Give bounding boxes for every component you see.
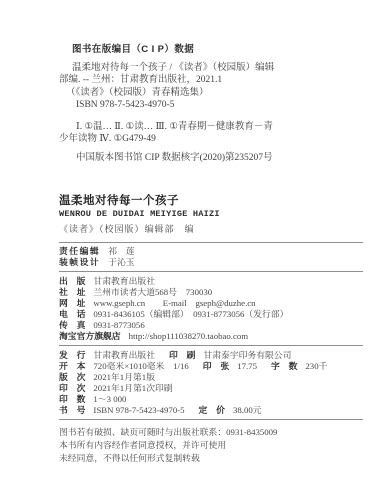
notes-block: 图书若有破损、缺页可随时与出版社联系：0931-8435009 本书所有内容经作…: [59, 426, 363, 465]
cip-class-line: Ⅰ. ①温… Ⅱ. ①读… Ⅲ. ①青春期－健康教育－青: [76, 121, 363, 133]
isbn-price-row: 书 号 ISBN 978-7-5423-4970-5 定 价 38.00元: [59, 405, 363, 416]
phone-row: 电 话 0931-8436105（编辑部） 0931-8773056（发行部）: [59, 309, 363, 320]
cip-heading: 图书在版编目（C I P）数据: [72, 44, 363, 56]
distribution-row: 发 行 甘肃教育出版社 印 刷 甘肃泰宇印务有限公司: [59, 350, 363, 361]
impression-row: 印 次 2021年1月第1次印刷: [59, 383, 363, 394]
book-title: 温柔地对待每一个孩子: [59, 195, 363, 208]
edition-value: 2021年1月第1版: [93, 372, 155, 383]
publisher-row: 出 版 甘肃教育出版社: [59, 276, 363, 287]
credits-block: 责任编辑 祁 莲 装帧设计 于沁玉: [59, 246, 363, 268]
cip-classification: Ⅰ. ①温… Ⅱ. ①读… Ⅲ. ①青春期－健康教育－青 少年读物 Ⅳ. ①G4…: [59, 121, 363, 145]
pair: 印 刷 甘肃泰宇印务有限公司: [169, 350, 291, 361]
divider: [59, 345, 363, 346]
cip-entry-line: 部编. -- 兰州：甘肃教育出版社，2021.1: [59, 74, 363, 86]
fax-row: 传 真 0931-8773056: [59, 320, 363, 331]
book-title-pinyin: WENROU DE DUIDAI MEIYIGE HAIZI: [59, 208, 363, 221]
printrun-label: 印 数: [59, 394, 85, 405]
credit-row: 责任编辑 祁 莲: [59, 246, 363, 257]
pair: 字 数 230千: [271, 361, 327, 372]
cip-entry: 温柔地对待每一个孩子 / 《读者》（校园版）编辑 部编. -- 兰州：甘肃教育出…: [59, 62, 363, 111]
cip-record-number: 中国版本图书馆 CIP 数据核字(2020)第235207号: [76, 152, 363, 164]
pair: 开 本 720毫米×1010毫米 1/16: [59, 361, 189, 372]
divider: [59, 242, 363, 243]
pair: 印 数 1～3 000: [59, 394, 126, 405]
phone-value: 0931-8436105（编辑部） 0931-8773056（发行部）: [93, 309, 288, 320]
isbn-label: 书 号: [59, 405, 85, 416]
copyright-note: 未经同意，不得以任何形式复制转载: [59, 452, 363, 465]
printrun-row: 印 数 1～3 000: [59, 394, 363, 405]
fax-label: 传 真: [59, 320, 85, 331]
cip-class-line: 少年读物 Ⅳ. ①G479-49: [59, 133, 363, 145]
website-value: www.gseph.cn E-mail gseph@duzhe.cn: [93, 298, 255, 309]
price-value: 38.00元: [233, 405, 262, 416]
credit-label: 装帧设计: [59, 257, 100, 268]
phone-label: 电 话: [59, 309, 85, 320]
printing-block: 发 行 甘肃教育出版社 印 刷 甘肃泰宇印务有限公司 开 本 720毫米×101…: [59, 350, 363, 416]
wordcount-value: 230千: [305, 361, 327, 372]
format-label: 开 本: [59, 361, 85, 372]
credit-value: 于沁玉: [108, 257, 134, 268]
book-byline: 《读者》（校园版）编辑部 编: [59, 223, 363, 236]
address-label: 社 址: [59, 287, 85, 298]
colophon-content: 图书在版编目（C I P）数据 温柔地对待每一个孩子 / 《读者》（校园版）编辑…: [59, 44, 363, 465]
website-row: 网 址 www.gseph.cn E-mail gseph@duzhe.cn: [59, 298, 363, 309]
impression-value: 2021年1月第1次印刷: [93, 383, 172, 394]
divider: [59, 271, 363, 272]
publisher-value: 甘肃教育出版社: [93, 276, 155, 287]
damage-contact-note: 图书若有破损、缺页可随时与出版社联系：0931-8435009: [59, 426, 363, 439]
pair: 版 次 2021年1月第1版: [59, 372, 155, 383]
format-value: 720毫米×1010毫米 1/16: [93, 361, 188, 372]
publisher-block: 出 版 甘肃教育出版社 社 址 兰州市读者大道568号 730030 网 址 w…: [59, 276, 363, 342]
printer-value: 甘肃泰宇印务有限公司: [203, 350, 291, 361]
credit-row: 装帧设计 于沁玉: [59, 257, 363, 268]
taobao-row: 淘宝官方旗舰店 http://shop111038270.taobao.com: [59, 331, 363, 342]
pair: 书 号 ISBN 978-7-5423-4970-5: [59, 405, 185, 416]
edition-label: 版 次: [59, 372, 85, 383]
authorization-note: 本书所有内容经作者同意授权，并许可使用: [59, 439, 363, 452]
pair: 发 行 甘肃教育出版社: [59, 350, 155, 361]
fax-value: 0931-8773056: [93, 320, 144, 331]
address-row: 社 址 兰州市读者大道568号 730030: [59, 287, 363, 298]
sheets-value: 17.75: [237, 361, 257, 372]
title-block: 温柔地对待每一个孩子 WENROU DE DUIDAI MEIYIGE HAIZ…: [59, 195, 363, 236]
cip-block: 图书在版编目（C I P）数据 温柔地对待每一个孩子 / 《读者》（校园版）编辑…: [59, 44, 363, 165]
isbn-value: ISBN 978-7-5423-4970-5: [93, 405, 184, 416]
impression-label: 印 次: [59, 383, 85, 394]
printer-label: 印 刷: [169, 350, 195, 361]
sheets-label: 印 张: [203, 361, 229, 372]
website-label: 网 址: [59, 298, 85, 309]
colophon-page: 图书在版编目（C I P）数据 温柔地对待每一个孩子 / 《读者》（校园版）编辑…: [0, 0, 375, 503]
pair: 印 次 2021年1月第1次印刷: [59, 383, 173, 394]
wordcount-label: 字 数: [271, 361, 297, 372]
edition-row: 版 次 2021年1月第1版: [59, 372, 363, 383]
distribution-label: 发 行: [59, 350, 85, 361]
taobao-url: http://shop111038270.taobao.com: [129, 331, 249, 342]
pair: 定 价 38.00元: [199, 405, 262, 416]
taobao-label: 淘宝官方旗舰店: [59, 331, 121, 342]
price-label: 定 价: [199, 405, 225, 416]
publisher-label: 出 版: [59, 276, 85, 287]
format-row: 开 本 720毫米×1010毫米 1/16 印 张 17.75 字 数 230千: [59, 361, 363, 372]
cip-entry-line: 温柔地对待每一个孩子 / 《读者》（校园版）编辑: [72, 62, 363, 74]
pair: 印 张 17.75: [203, 361, 257, 372]
credit-label: 责任编辑: [59, 246, 100, 257]
cip-isbn-line: ISBN 978-7-5423-4970-5: [76, 99, 363, 111]
divider: [59, 419, 363, 420]
address-value: 兰州市读者大道568号 730030: [93, 287, 212, 298]
cip-series-line: （《读者》（校园版）青春精选集）: [66, 87, 363, 99]
credit-value: 祁 莲: [108, 246, 134, 257]
distribution-value: 甘肃教育出版社: [93, 350, 155, 361]
printrun-value: 1～3 000: [93, 394, 126, 405]
